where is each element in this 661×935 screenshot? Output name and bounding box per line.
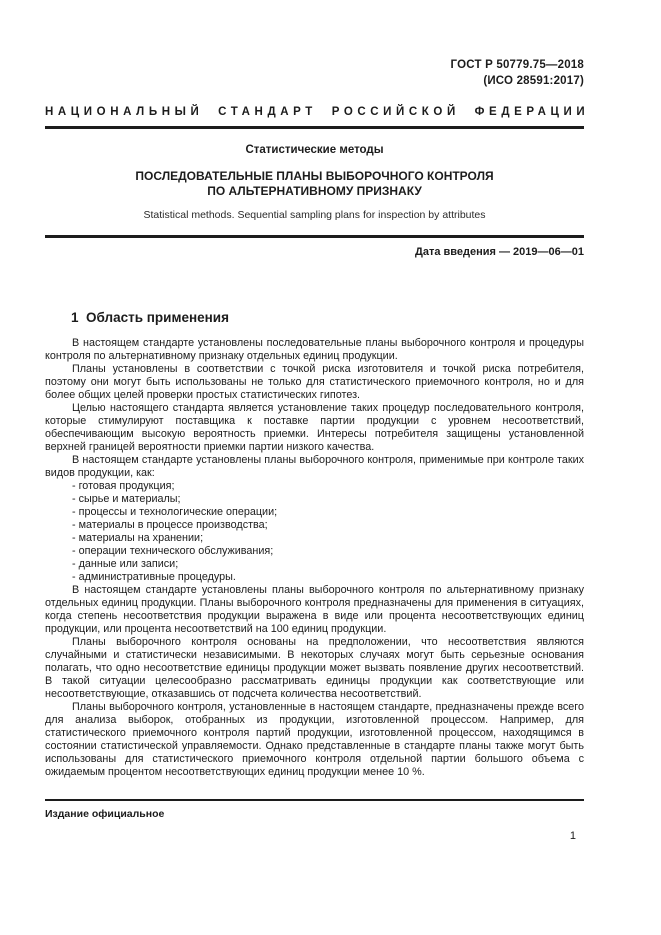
list-item: - процессы и технологические операции;	[45, 506, 584, 519]
list-item: - материалы на хранении;	[45, 532, 584, 545]
document-title-english: Statistical methods. Sequential sampling…	[45, 209, 584, 221]
document-title-line1: ПОСЛЕДОВАТЕЛЬНЫЕ ПЛАНЫ ВЫБОРОЧНОГО КОНТР…	[45, 169, 584, 184]
section-body: В настоящем стандарте установлены послед…	[45, 337, 584, 779]
list-item: - сырье и материалы;	[45, 493, 584, 506]
paragraph: Планы выборочного контроля, установленны…	[45, 701, 584, 779]
paragraph: Планы выборочного контроля основаны на п…	[45, 636, 584, 701]
paragraph: В настоящем стандарте установлены планы …	[45, 584, 584, 636]
document-page: ГОСТ Р 50779.75—2018 (ИСО 28591:2017) НА…	[0, 0, 661, 935]
paragraph: Целью настоящего стандарта является уста…	[45, 402, 584, 454]
document-title-line2: ПО АЛЬТЕРНАТИВНОМУ ПРИЗНАКУ	[45, 184, 584, 199]
paragraph: В настоящем стандарте установлены планы …	[45, 454, 584, 480]
iso-reference: (ИСО 28591:2017)	[45, 74, 584, 90]
standard-number: ГОСТ Р 50779.75—2018	[45, 58, 584, 74]
paragraph: В настоящем стандарте установлены послед…	[45, 337, 584, 363]
national-standard-banner: НАЦИОНАЛЬНЫЙ СТАНДАРТ РОССИЙСКОЙ ФЕДЕРАЦ…	[45, 106, 584, 118]
header-rule	[45, 235, 584, 238]
list-item: - материалы в процессе производства;	[45, 519, 584, 532]
list-item: - операции технического обслуживания;	[45, 545, 584, 558]
list-item: - готовая продукция;	[45, 480, 584, 493]
section-heading: 1 Область применения	[45, 310, 584, 325]
page-number: 1	[45, 830, 584, 842]
edition-note: Издание официальное	[45, 808, 584, 820]
list-item: - данные или записи;	[45, 558, 584, 571]
list-item: - административные процедуры.	[45, 571, 584, 584]
banner-rule	[45, 126, 584, 129]
footer-rule	[45, 799, 584, 801]
document-title: ПОСЛЕДОВАТЕЛЬНЫЕ ПЛАНЫ ВЫБОРОЧНОГО КОНТР…	[45, 169, 584, 199]
paragraph: Планы установлены в соответствии с точко…	[45, 363, 584, 402]
subject-heading: Статистические методы	[45, 144, 584, 156]
document-designation: ГОСТ Р 50779.75—2018 (ИСО 28591:2017)	[45, 58, 584, 89]
effective-date: Дата введения — 2019—06—01	[45, 246, 584, 258]
